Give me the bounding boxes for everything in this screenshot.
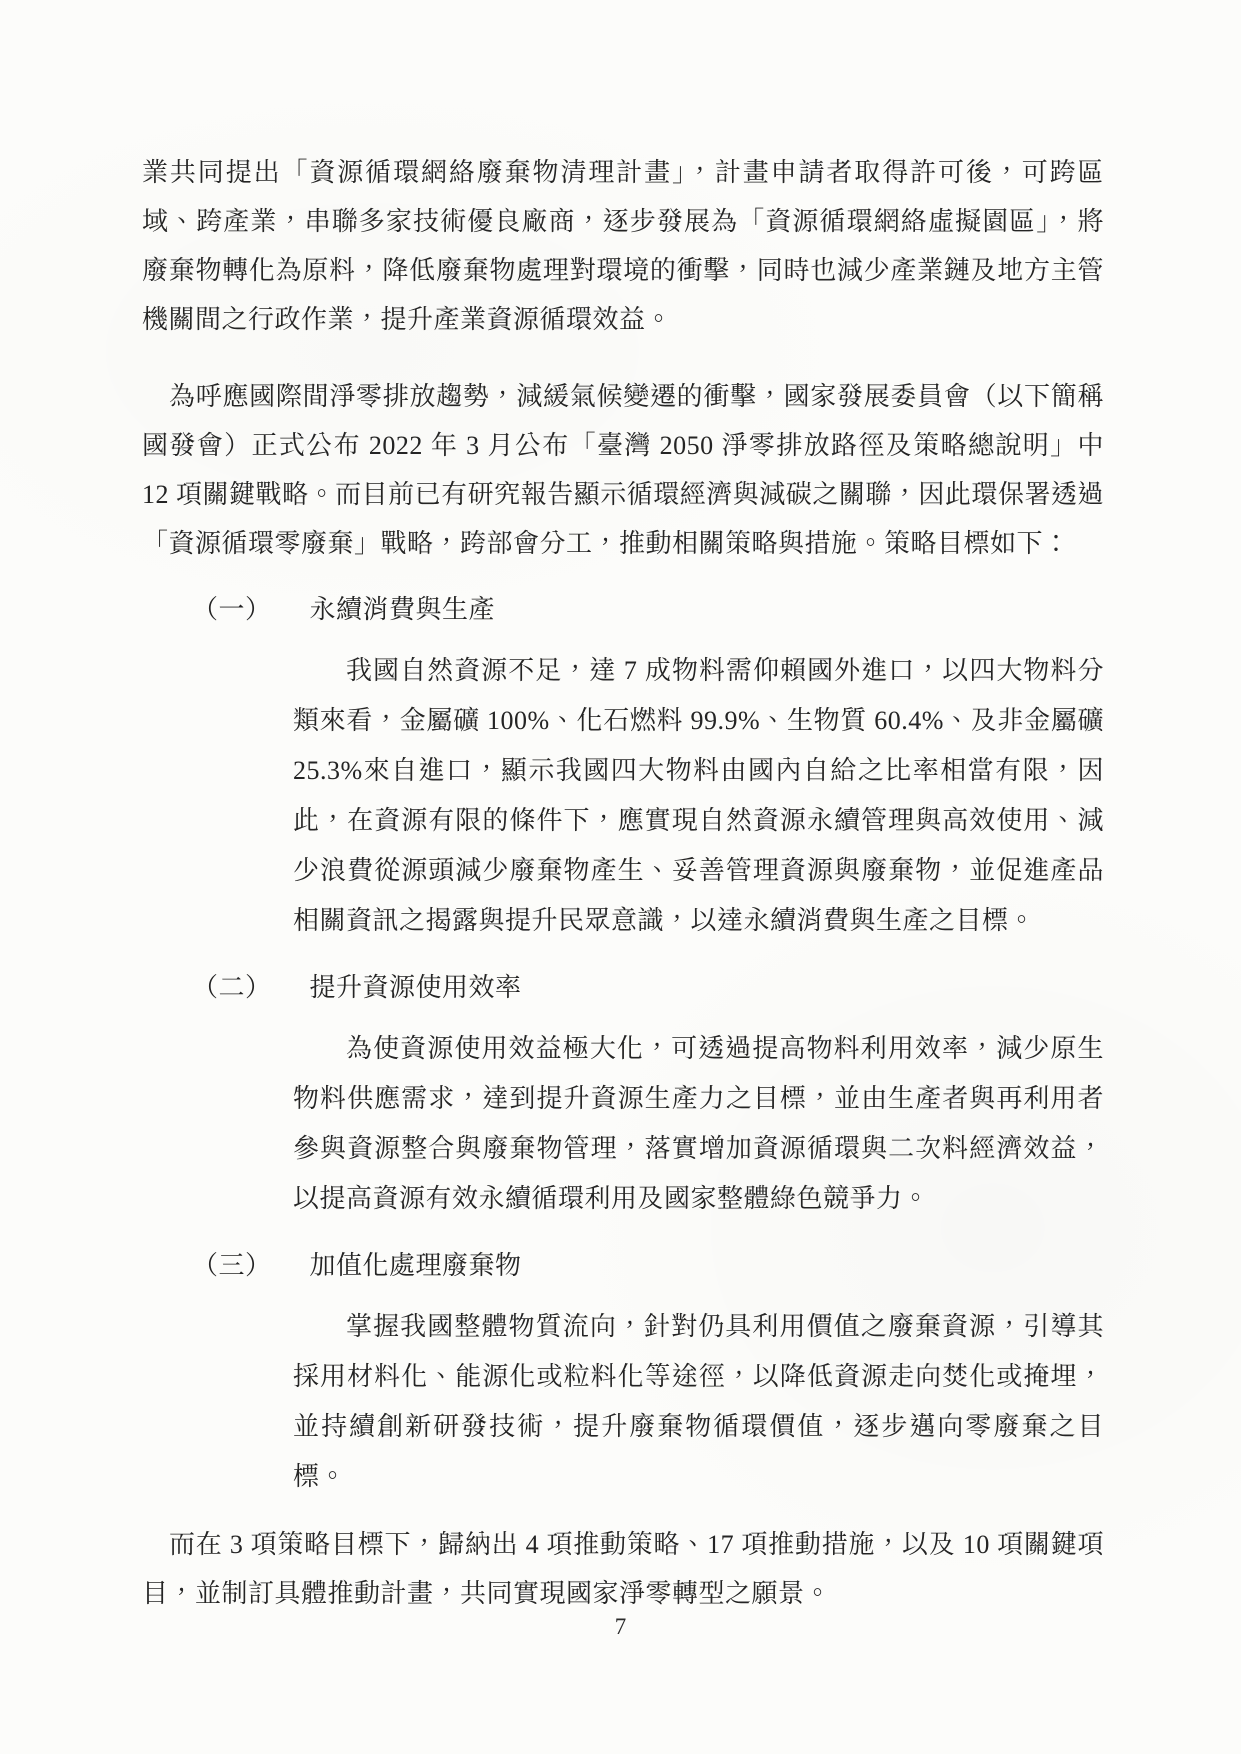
paragraph-closing: 而在 3 項策略目標下，歸納出 4 項推動策略、17 項推動措施，以及 10 項… [142, 1520, 1104, 1618]
item-heading: （一） 永續消費與生產 [192, 585, 1104, 634]
item-title: 提升資源使用效率 [310, 963, 522, 1012]
item-number: （一） [192, 585, 272, 634]
page-number: 7 [0, 1612, 1241, 1642]
page-content: 業共同提出「資源循環網絡廢棄物清理計畫」，計畫申請者取得許可後，可跨區域、跨產業… [142, 148, 1104, 1618]
strategy-item-2: （二） 提升資源使用效率 為使資源使用效益極大化，可透過提高物料利用效率，減少原… [142, 963, 1104, 1224]
item-heading: （三） 加值化處理廢棄物 [192, 1241, 1104, 1290]
item-body: 我國自然資源不足，達 7 成物料需仰賴國外進口，以四大物料分類來看，金屬礦 10… [293, 646, 1104, 946]
item-body: 為使資源使用效益極大化，可透過提高物料利用效率，減少原生物料供應需求，達到提升資… [293, 1024, 1104, 1224]
paragraph-netzero-strategy: 為呼應國際間淨零排放趨勢，減緩氣候變遷的衝擊，國家發展委員會（以下簡稱國發會）正… [142, 372, 1104, 568]
strategy-item-1: （一） 永續消費與生產 我國自然資源不足，達 7 成物料需仰賴國外進口，以四大物… [142, 585, 1104, 946]
item-body: 掌握我國整體物質流向，針對仍具利用價值之廢棄資源，引導其採用材料化、能源化或粒料… [293, 1302, 1104, 1502]
item-number: （三） [192, 1241, 272, 1290]
paragraph-continuation: 業共同提出「資源循環網絡廢棄物清理計畫」，計畫申請者取得許可後，可跨區域、跨產業… [142, 148, 1104, 344]
item-heading: （二） 提升資源使用效率 [192, 963, 1104, 1012]
item-title: 永續消費與生產 [310, 585, 496, 634]
item-title: 加值化處理廢棄物 [310, 1241, 522, 1290]
document-page: 業共同提出「資源循環網絡廢棄物清理計畫」，計畫申請者取得許可後，可跨區域、跨產業… [0, 0, 1241, 1754]
strategy-item-3: （三） 加值化處理廢棄物 掌握我國整體物質流向，針對仍具利用價值之廢棄資源，引導… [142, 1241, 1104, 1502]
item-number: （二） [192, 963, 272, 1012]
